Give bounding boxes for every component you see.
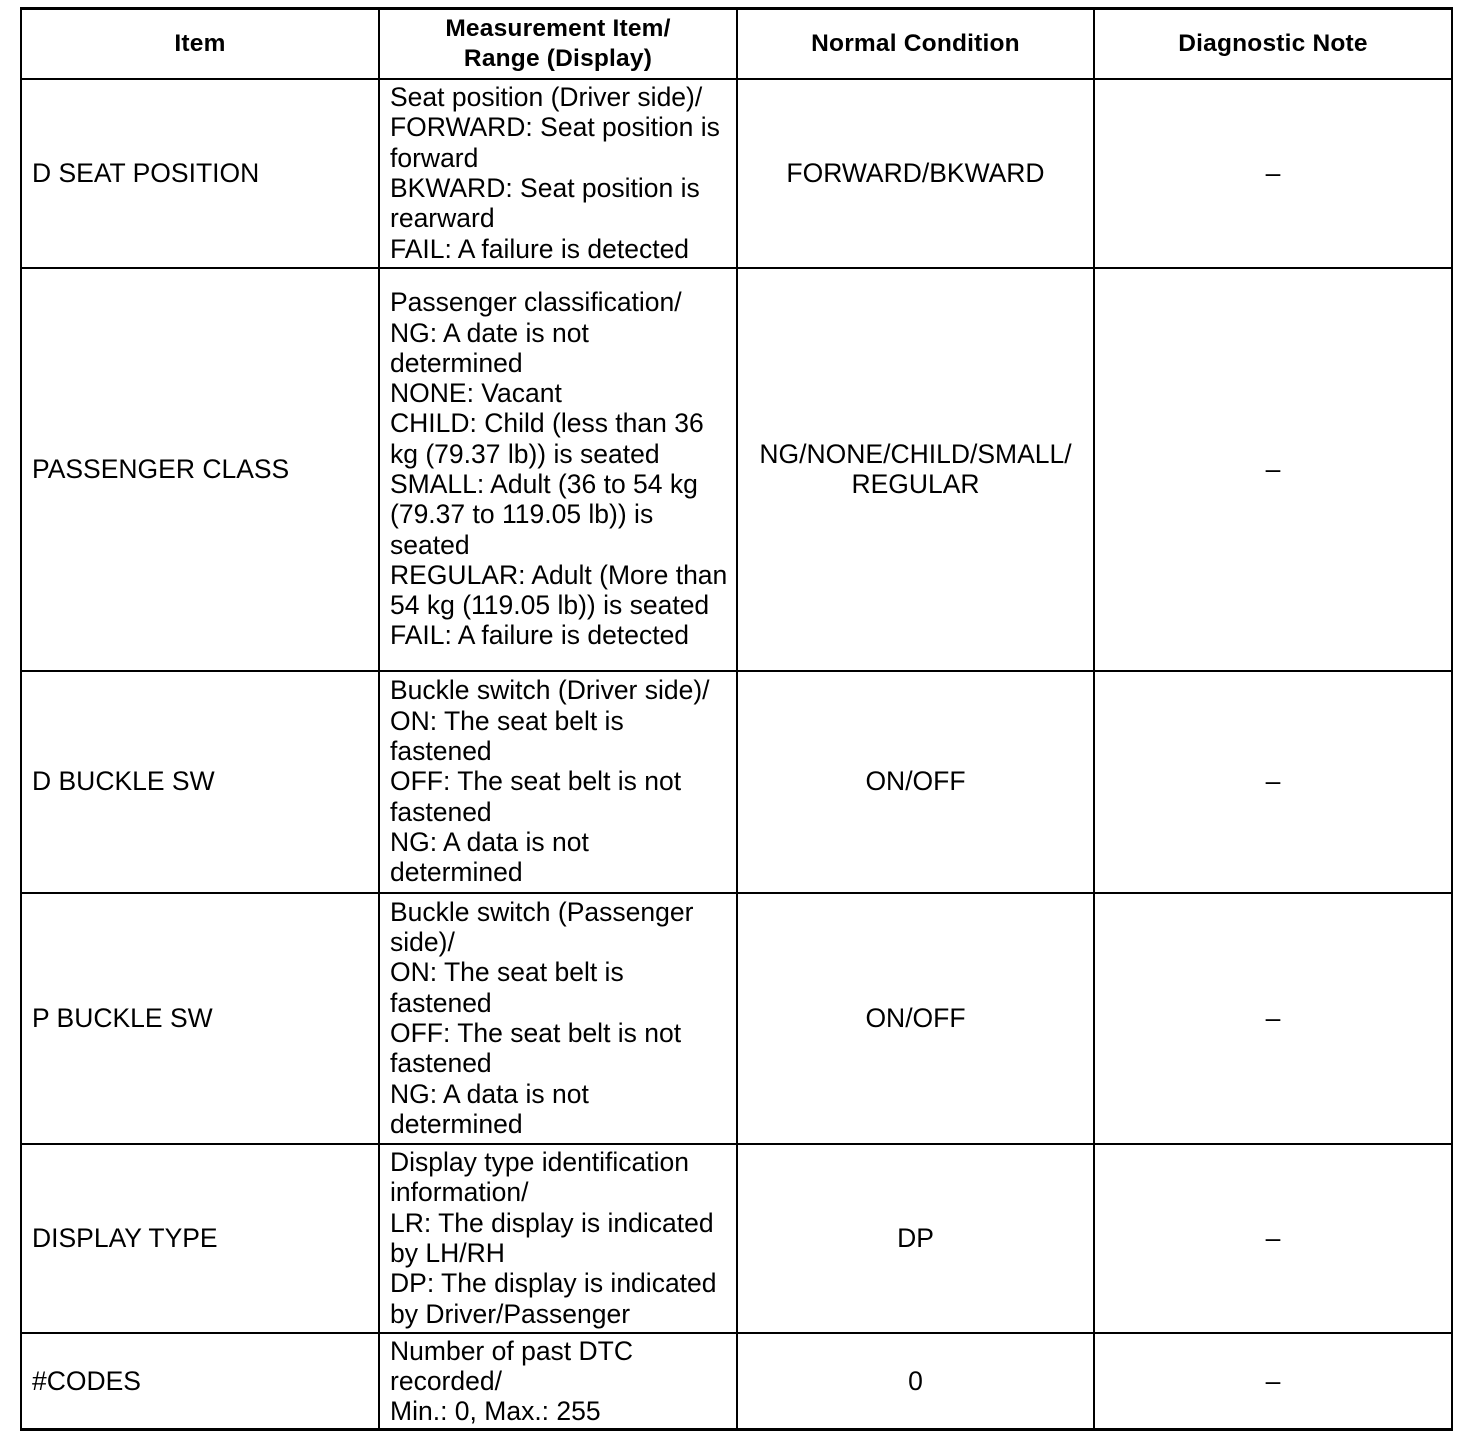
diagnostic-note-cell: – (1094, 1333, 1452, 1430)
item-cell: P BUCKLE SW (21, 893, 379, 1144)
range-cell: Buckle switch (Passenger side)/ ON: The … (379, 893, 737, 1144)
diagnostic-note-cell: – (1094, 671, 1452, 893)
normal-condition-cell: NG/NONE/CHILD/SMALL/ REGULAR (737, 268, 1094, 671)
diagnostic-note-cell: – (1094, 79, 1452, 268)
header-diagnostic-note: Diagnostic Note (1094, 9, 1452, 79)
table-row: P BUCKLE SW Buckle switch (Passenger sid… (21, 893, 1452, 1144)
range-cell: Display type identification information/… (379, 1144, 737, 1333)
table-row: D BUCKLE SW Buckle switch (Driver side)/… (21, 671, 1452, 893)
range-cell: Number of past DTC recorded/ Min.: 0, Ma… (379, 1333, 737, 1430)
header-measurement: Measurement Item/ Range (Display) (379, 9, 737, 79)
diagnostic-note-cell: – (1094, 268, 1452, 671)
normal-condition-cell: DP (737, 1144, 1094, 1333)
item-cell: D BUCKLE SW (21, 671, 379, 893)
header-normal-condition: Normal Condition (737, 9, 1094, 79)
header-item: Item (21, 9, 379, 79)
range-cell: Buckle switch (Driver side)/ ON: The sea… (379, 671, 737, 893)
diagnostic-note-cell: – (1094, 1144, 1452, 1333)
table-row: #CODES Number of past DTC recorded/ Min.… (21, 1333, 1452, 1430)
table-row: D SEAT POSITION Seat position (Driver si… (21, 79, 1452, 268)
diagnostic-note-cell: – (1094, 893, 1452, 1144)
normal-condition-cell: 0 (737, 1333, 1094, 1430)
table-row: PASSENGER CLASS Passenger classification… (21, 268, 1452, 671)
normal-condition-cell: ON/OFF (737, 671, 1094, 893)
item-cell: D SEAT POSITION (21, 79, 379, 268)
range-cell: Passenger classification/ NG: A date is … (379, 268, 737, 671)
range-cell: Seat position (Driver side)/ FORWARD: Se… (379, 79, 737, 268)
item-cell: #CODES (21, 1333, 379, 1430)
table-row: DISPLAY TYPE Display type identification… (21, 1144, 1452, 1333)
header-row: Item Measurement Item/ Range (Display) N… (21, 9, 1452, 79)
normal-condition-cell: ON/OFF (737, 893, 1094, 1144)
item-cell: DISPLAY TYPE (21, 1144, 379, 1333)
item-cell: PASSENGER CLASS (21, 268, 379, 671)
data-list-table: Item Measurement Item/ Range (Display) N… (20, 7, 1453, 1431)
normal-condition-cell: FORWARD/BKWARD (737, 79, 1094, 268)
